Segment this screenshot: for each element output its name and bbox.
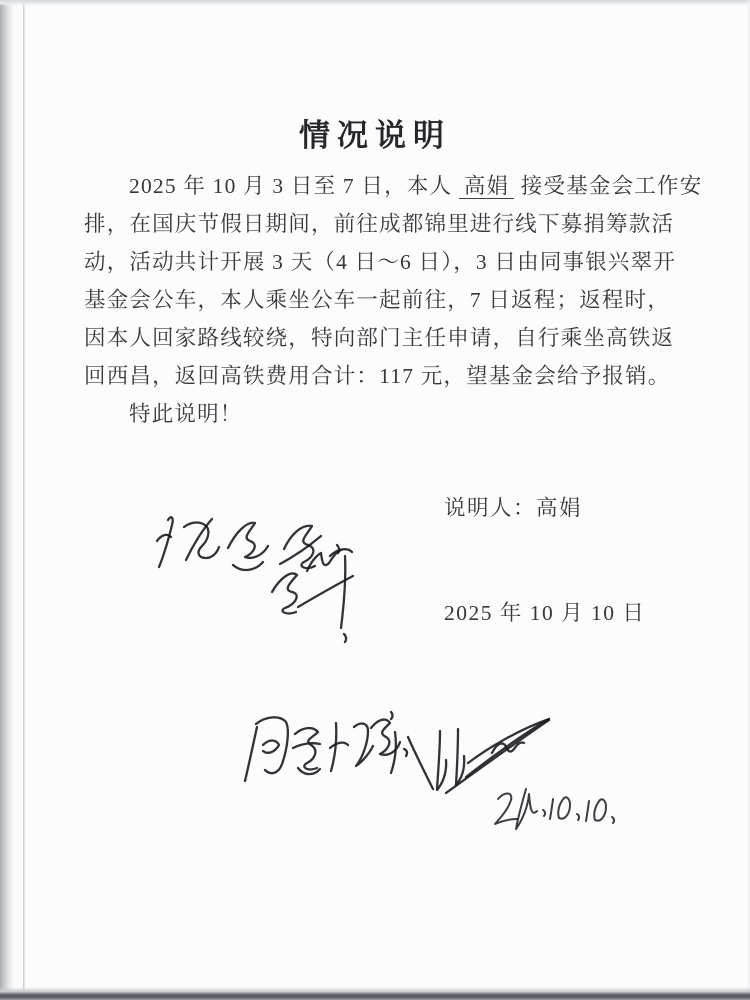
scan-edge-top [0,0,750,6]
body-line-3: 动，活动共计开展 3 天（4 日～6 日），3 日由同事银兴翠开 [84,243,684,281]
signer-line: 说明人：高娟 [444,491,645,526]
body-line-2: 排，在国庆节假日期间，前往成都锦里进行线下募捐筹款活 [84,205,684,243]
date-line: 2025 年 10 月 10 日 [444,596,645,631]
body-line-1-post: 接受基金会工作安 [521,174,703,198]
handwritten-note-situation-verified [157,517,339,570]
body-line-1: 2025 年 10 月 3 日至 7 日，本人 高娟 接受基金会工作安 [84,167,684,205]
handwritten-signature-1 [272,549,353,642]
signer-name-underlined: 高娟 [459,174,514,199]
handwritten-date [495,789,614,829]
body-line-1-pre: 2025 年 10 月 3 日至 7 日，本人 [129,174,452,198]
signature-block: 说明人：高娟 2025 年 10 月 10 日 [444,421,645,701]
body-line-6: 回西昌，返回高铁费用合计：117 元，望基金会给予报销。 [84,357,684,395]
handwritten-note-approve-reimbursement [245,712,407,781]
body-line-4: 基金会公车，本人乘坐公车一起前往，7 日返程；返程时， [84,281,684,319]
document-title: 情况说明 [0,110,750,155]
document-body: 2025 年 10 月 3 日至 7 日，本人 高娟 接受基金会工作安 排，在国… [84,167,684,433]
body-line-5: 因本人回家路线较绕，特向部门主任申请，自行乘坐高铁返 [84,319,684,357]
scan-edge-bottom [0,987,750,1000]
scanned-document-page: 情况说明 2025 年 10 月 3 日至 7 日，本人 高娟 接受基金会工作安… [0,0,750,1000]
handwritten-signature-2 [408,719,549,793]
